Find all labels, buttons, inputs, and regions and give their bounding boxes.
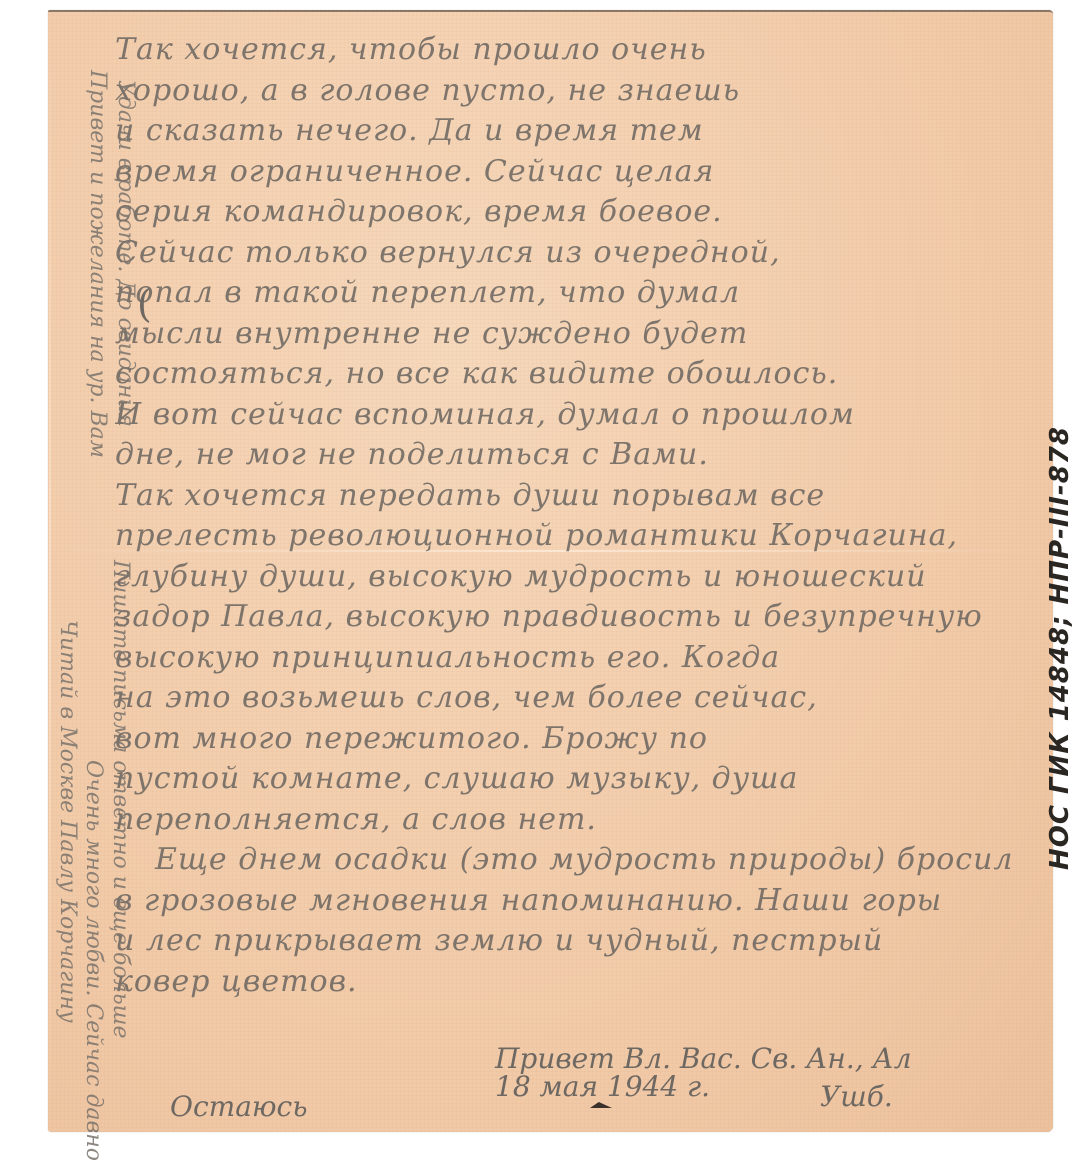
letter-line: дне, не мог не поделиться с Вами.	[115, 435, 1015, 476]
letter-line: глубину души, высокую мудрость и юношеск…	[115, 557, 1015, 598]
letter-line: и сказать нечего. Да и время тем	[115, 111, 1015, 152]
letter-line: в грозовые мгновения напоминанию. Наши г…	[115, 881, 1015, 922]
letter-line: переполняется, а слов нет.	[115, 800, 1015, 841]
archive-catalog-number: НОС ГИК 14848; НПР-III-878	[1045, 426, 1075, 870]
letter-line: Еще днем осадки (это мудрость природы) б…	[115, 840, 1015, 881]
letter-line: и лес прикрывает землю и чудный, пестрый	[115, 921, 1015, 962]
letter-line: Так хочется передать души порывам все	[115, 476, 1015, 517]
margin-note: Очень много любви. Сейчас давно	[81, 760, 106, 1160]
letter-date: 18 мая 1944 г.	[495, 1070, 710, 1103]
margin-note: Привет и пожелания на ур. Вам	[85, 70, 110, 458]
letter-line: состояться, но все как видите обошлось.	[115, 354, 1015, 395]
margin-note: Читай в Москве Павлу Корчагину	[55, 620, 80, 1023]
letter-line: прелесть революционной романтики Корчаги…	[115, 516, 1015, 557]
letter-line: серия командировок, время боевое.	[115, 192, 1015, 233]
letter-line: ковер цветов.	[115, 962, 1015, 1003]
paper-fold-vertical	[49, 12, 51, 1132]
letter-line: пустой комнате, слушаю музыку, душа	[115, 759, 1015, 800]
letter-line: высокую принципиальность его. Когда	[115, 638, 1015, 679]
margin-note: Удачи в работе. До свидания	[113, 80, 138, 427]
letter-line: время ограниченное. Сейчас целая	[115, 152, 1015, 193]
letter-body: Так хочется, чтобы прошло очень хорошо, …	[115, 30, 1015, 1002]
letter-line: мысли внутренне не суждено будет	[115, 314, 1015, 355]
letter-line: хорошо, а в голове пусто, не знаешь	[115, 71, 1015, 112]
letter-line: вот много пережитого. Брожу по	[115, 719, 1015, 760]
letter-line: задор Павла, высокую правдивость и безуп…	[115, 597, 1015, 638]
letter-line: попал в такой переплет, что думал	[115, 273, 1015, 314]
letter-line: на это возьмешь слов, чем более сейчас,	[115, 678, 1015, 719]
closing-farewell: Остаюсь	[170, 1090, 307, 1123]
letter-line: Так хочется, чтобы прошло очень	[115, 30, 1015, 71]
letter-line: Сейчас только вернулся из очередной,	[115, 233, 1015, 274]
margin-note: Пишите письма ответно и еще больше	[108, 560, 133, 1038]
signature: Ушб.	[820, 1080, 893, 1113]
letter-line: И вот сейчас вспоминая, думал о прошлом	[115, 395, 1015, 436]
